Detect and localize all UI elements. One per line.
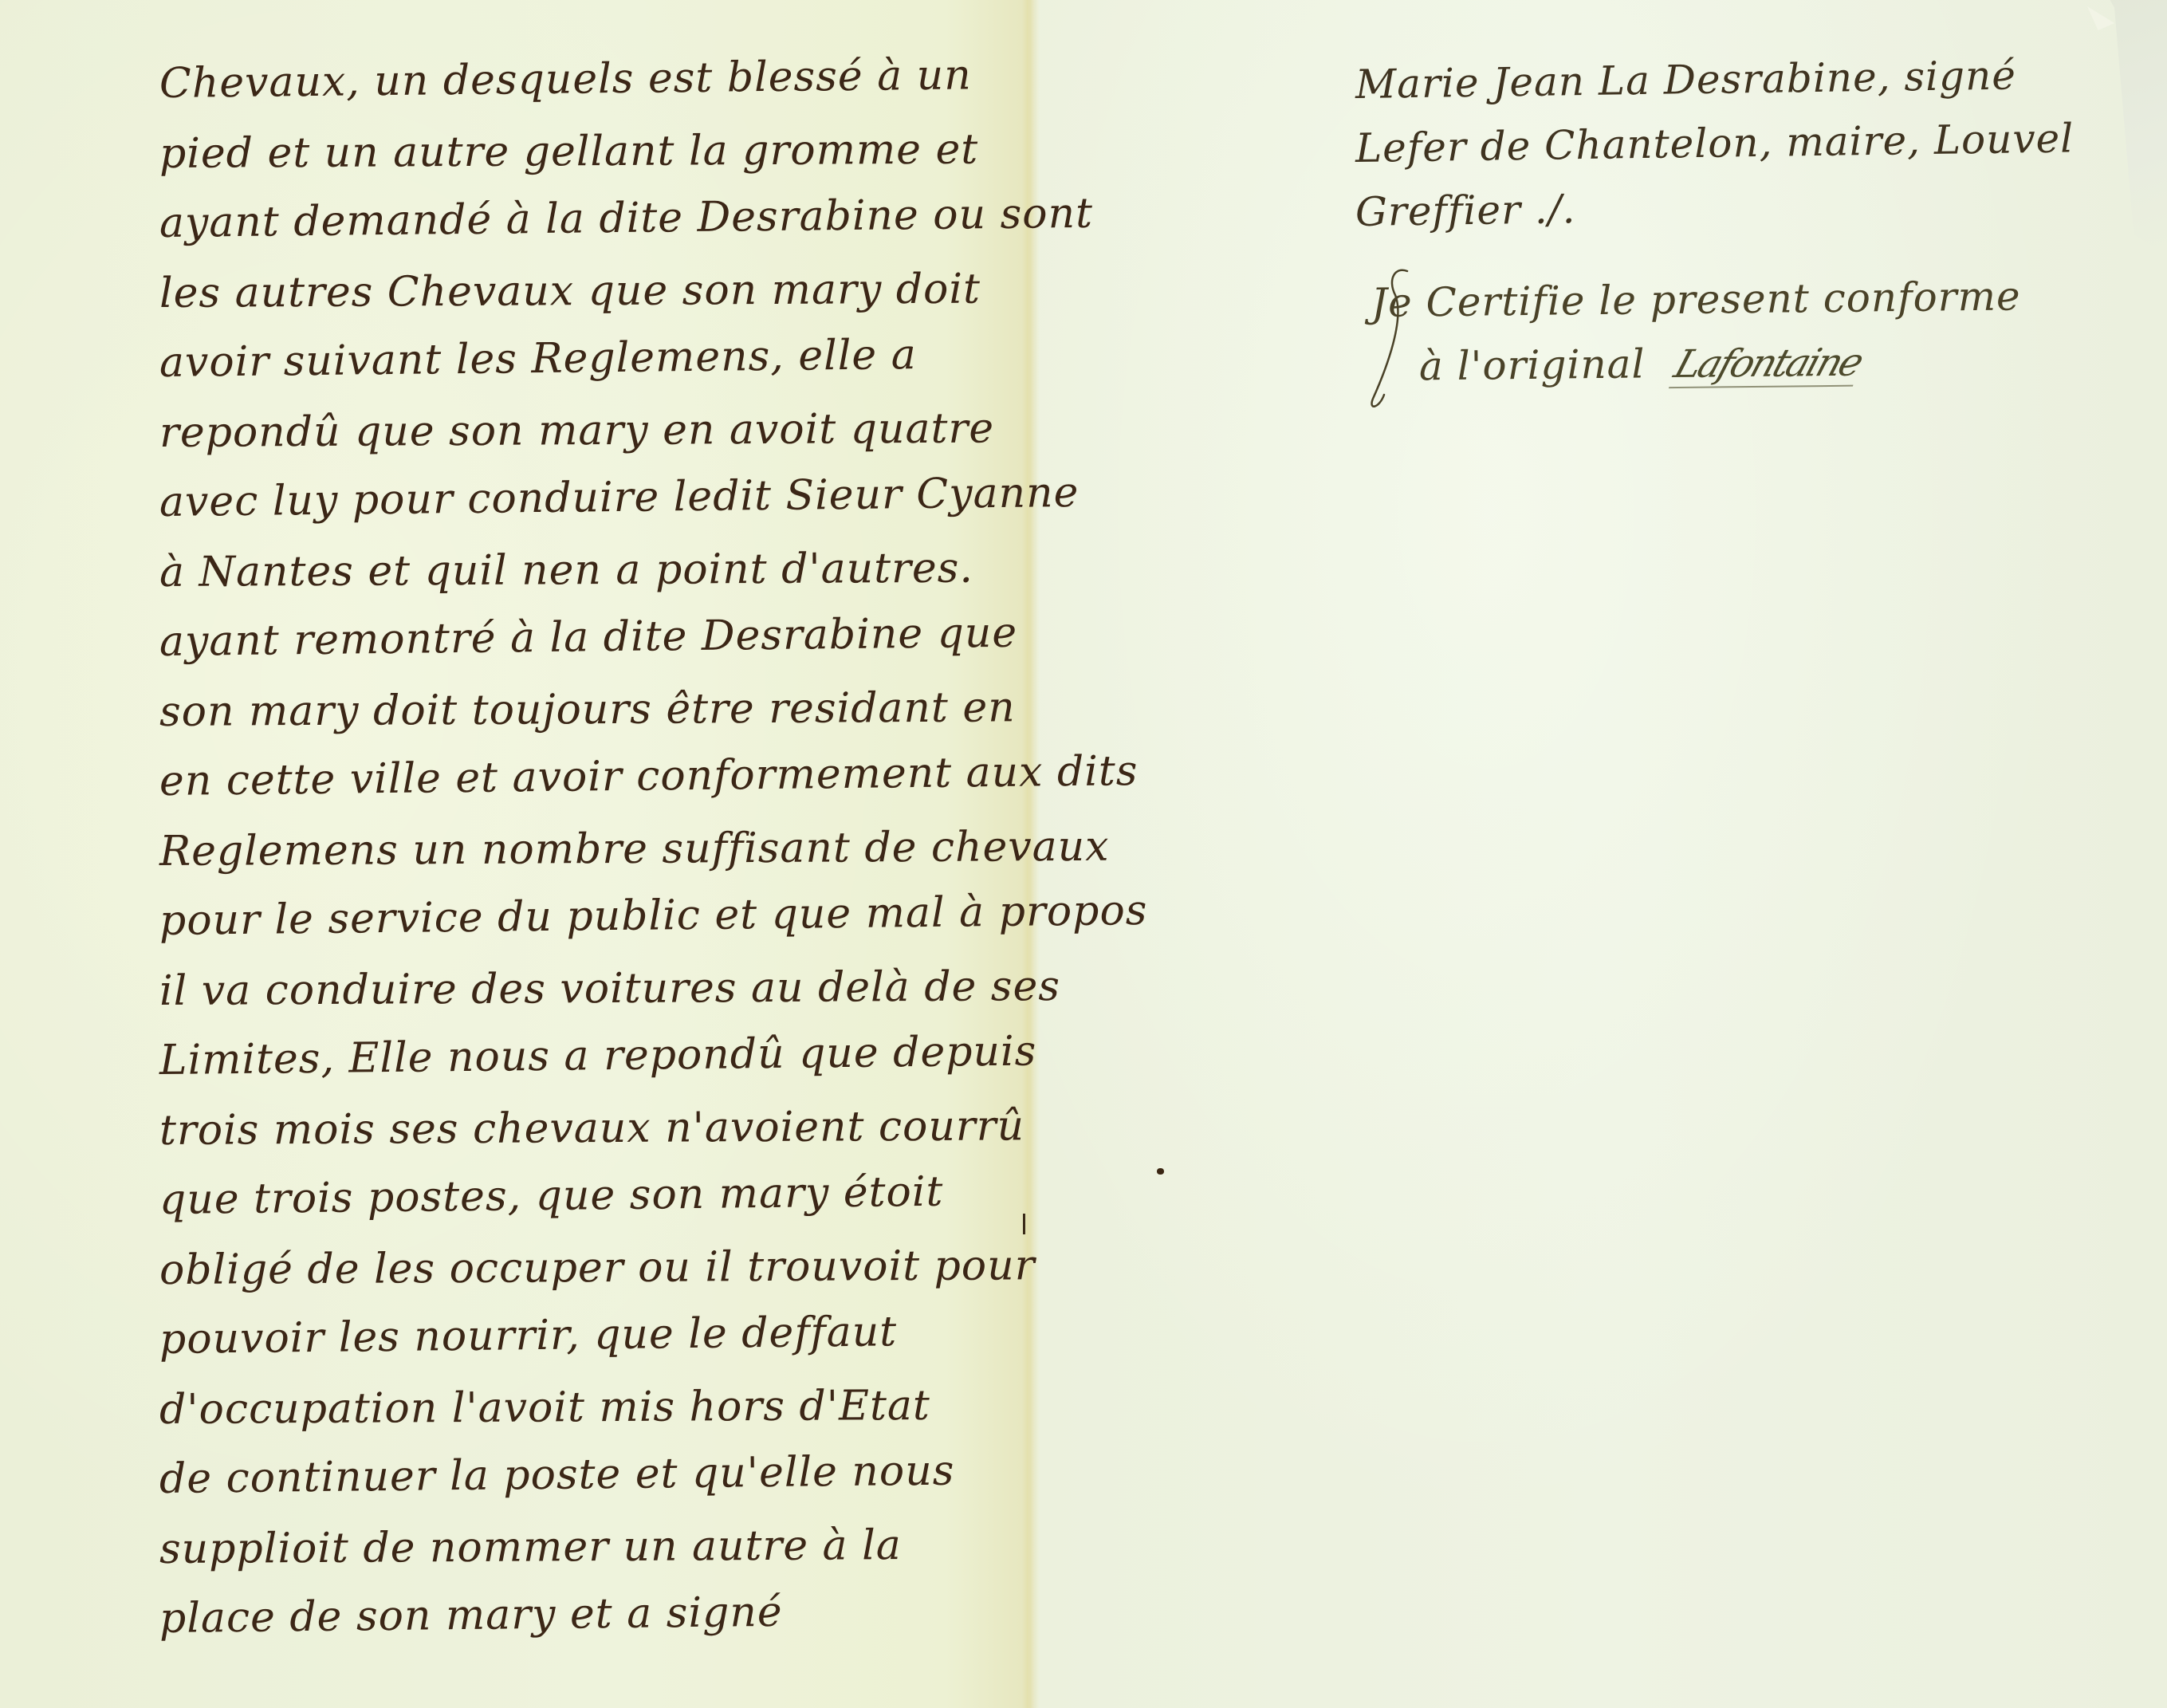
manuscript-line: pour le service du public et que mal à p… [159, 878, 1021, 957]
manuscript-line: son mary doit toujours être residant en [159, 673, 1021, 747]
manuscript-line: Reglemens un nombre suffisant de chevaux [159, 813, 1021, 887]
signature: Lafontaine [1669, 340, 1867, 388]
right-page-text: Marie Jean La Desrabine, signé Lefer de … [1355, 53, 2137, 244]
manuscript-line: à Nantes et quil nen a point d'autres. [159, 533, 1021, 608]
manuscript-line: Limites, Elle nous a repondû que depuis [159, 1017, 1021, 1096]
manuscript-line: pied et un autre gellant la gromme et [159, 115, 1021, 189]
manuscript-line: Chevaux, un desquels est blessé à un [159, 41, 1021, 120]
manuscript-line: pouvoir les nourrir, que le deffaut [159, 1297, 1021, 1375]
manuscript-line: repondû que son mary en avoit quatre [159, 394, 1021, 468]
certification-block: Je Certifie le present conforme à l'orig… [1371, 271, 2137, 399]
manuscript-line: place de son mary et a signé [159, 1576, 1021, 1655]
certification-line: Je Certifie le present conforme [1371, 263, 2138, 335]
right-page [1036, 0, 2167, 1708]
manuscript-line: d'occupation l'avoit mis hors d'Etat [159, 1371, 1021, 1445]
manuscript-line: trois mois ses chevaux n'avoient courrû [159, 1092, 1021, 1166]
manuscript-line: les autres Chevaux que son mary doit [159, 254, 1021, 329]
certification-text: à l'original [1419, 340, 1646, 389]
manuscript-line: de continuer la poste et qu'elle nous [159, 1436, 1021, 1515]
manuscript-line: ayant demandé à la dite Desrabine ou son… [159, 180, 1021, 259]
left-page-text: Chevaux, un desquels est blessé à un pie… [159, 49, 1021, 1655]
manuscript-line: obligé de les occuper ou il trouvoit pou… [159, 1231, 1021, 1305]
manuscript-line: supplioit de nommer un autre à la [159, 1510, 1021, 1584]
manuscript-line: avoir suivant les Reglemens, elle a [159, 320, 1021, 399]
manuscript-spread: Chevaux, un desquels est blessé à un pie… [0, 0, 2167, 1708]
manuscript-line: Lefer de Chantelon, maire, Louvel [1355, 105, 2137, 180]
manuscript-line: il va conduire des voitures au delà de s… [159, 952, 1021, 1026]
manuscript-line: que trois postes, que son mary étoit [159, 1157, 1021, 1236]
margin-mark [1023, 1214, 1025, 1234]
manuscript-line: Marie Jean La Desrabine, signé [1355, 41, 2137, 116]
certification-line: à l'original Lafontaine [1371, 327, 2138, 399]
manuscript-line: avec luy pour conduire ledit Sieur Cyann… [159, 459, 1021, 538]
manuscript-line: ayant remontré à la dite Desrabine que [159, 599, 1021, 678]
manuscript-line: Greffier ./. [1355, 169, 2137, 244]
manuscript-line: en cette ville et avoir conformement aux… [159, 738, 1021, 817]
ink-spot [1157, 1168, 1164, 1175]
